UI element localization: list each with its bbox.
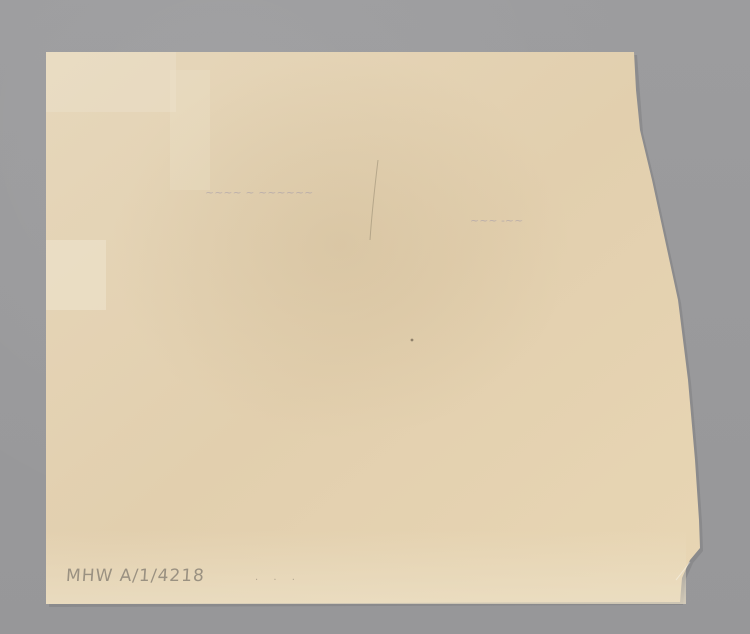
pencil-dots: . . . [255,572,301,583]
accession-number-inscription: MHW A/1/4218 [65,566,205,586]
show-through-stamp: ~~~~ ~ ~~~~~~ [205,186,313,199]
show-through-scrawl: ~~~ -~~ [470,214,523,227]
paper-fragment [0,0,750,634]
